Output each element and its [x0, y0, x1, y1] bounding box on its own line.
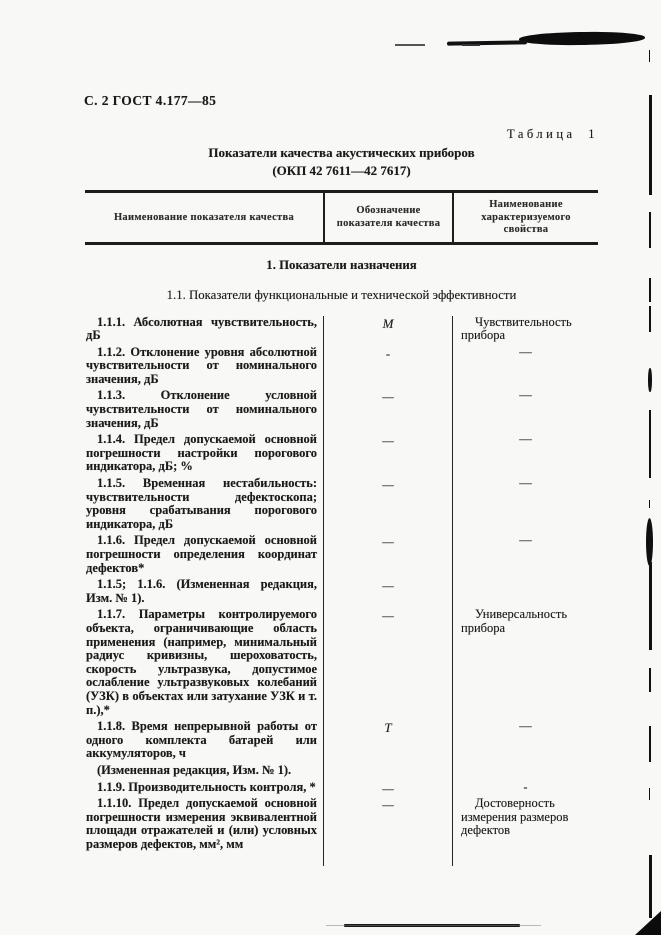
- property-cell: Достоверность измерения размеров дефекто…: [452, 797, 598, 854]
- symbol-cell: М: [323, 316, 452, 346]
- section-headings: 1. Показатели назначения 1.1. Показатели…: [85, 245, 598, 316]
- property-cell: —: [452, 433, 598, 477]
- property-cell: -: [452, 781, 598, 798]
- property-cell: Чувствительность прибора: [452, 316, 598, 346]
- table-header-row: Наименование показателя качества Обознач…: [85, 190, 598, 245]
- scan-edge-artifact: [649, 668, 651, 692]
- scan-edge-artifact: [649, 855, 652, 918]
- property-cell: —: [452, 346, 598, 390]
- indicator-name-cell: 1.1.3. Отклонение условной чувствительно…: [85, 389, 323, 433]
- ink-smudge: [519, 31, 645, 46]
- symbol-cell: [323, 764, 452, 781]
- scan-edge-artifact: [646, 518, 653, 566]
- indicator-name-cell: 1.1.9. Производительность контроля, *: [85, 781, 323, 798]
- table-body: 1.1.1. Абсолютная чувствительность, дБ М…: [85, 316, 598, 867]
- quality-indicators-table: Наименование показателя качества Обознач…: [85, 190, 598, 866]
- symbol-cell: —: [323, 608, 452, 720]
- property-cell: —: [452, 534, 598, 578]
- property-cell: —: [452, 720, 598, 764]
- property-cell: [452, 578, 598, 608]
- section-heading: 1. Показатели назначения: [85, 258, 598, 273]
- indicator-name-cell: 1.1.8. Время непрерывной работы от одног…: [85, 720, 323, 764]
- indicator-name-cell: (Измененная редакция, Изм. № 1).: [85, 764, 323, 781]
- title-line-2: (ОКП 42 7611—42 7617): [85, 162, 598, 180]
- indicator-name-cell: 1.1.1. Абсолютная чувствительность, дБ: [85, 316, 323, 346]
- column-header-property: Наименование характеризуемого свойства: [452, 193, 598, 242]
- scan-edge-artifact: [649, 500, 650, 508]
- symbol-cell: —: [323, 389, 452, 433]
- symbol-cell: —: [323, 433, 452, 477]
- symbol-cell: —: [323, 477, 452, 534]
- page-header: С. 2 ГОСТ 4.177—85: [84, 93, 216, 109]
- filler-cell: [323, 854, 452, 866]
- scan-edge-artifact: [649, 95, 652, 195]
- ink-smudge: [447, 40, 527, 45]
- indicator-name-cell: 1.1.5; 1.1.6. (Измененная редакция, Изм.…: [85, 578, 323, 608]
- scan-edge-artifact: [649, 50, 650, 62]
- indicator-name-cell: 1.1.4. Предел допускаемой основной погре…: [85, 433, 323, 477]
- table-number-label: Таблица 1: [507, 127, 598, 142]
- property-cell: —: [452, 389, 598, 433]
- symbol-cell: —: [323, 797, 452, 854]
- column-header-designation: Обозначение показателя качества: [323, 193, 452, 242]
- indicator-name-cell: 1.1.6. Предел допускаемой основной погре…: [85, 534, 323, 578]
- indicator-name-cell: 1.1.7. Параметры контролируемого объекта…: [85, 608, 323, 720]
- scan-edge-artifact: [649, 562, 652, 650]
- scan-edge-artifact: [649, 410, 651, 478]
- column-header-indicator-name: Наименование показателя качества: [85, 193, 323, 242]
- property-cell: —: [452, 477, 598, 534]
- symbol-cell: —: [323, 781, 452, 798]
- indicator-name-cell: 1.1.5. Временная нестабильность: чувстви…: [85, 477, 323, 534]
- subsection-heading: 1.1. Показатели функциональные и техниче…: [85, 288, 598, 303]
- scan-corner-blot: [635, 911, 661, 935]
- scan-edge-artifact: [649, 278, 651, 302]
- scan-edge-artifact: [649, 726, 651, 762]
- property-cell: [452, 764, 598, 781]
- indicator-name-cell: 1.1.2. Отклонение уровня абсолютной чувс…: [85, 346, 323, 390]
- scan-edge-artifact: [648, 368, 652, 392]
- symbol-cell: -: [323, 346, 452, 390]
- filler-cell: [452, 854, 598, 866]
- property-cell: Универсальность прибора: [452, 608, 598, 720]
- indicator-name-cell: 1.1.10. Предел допускаемой основной погр…: [85, 797, 323, 854]
- scan-edge-artifact: [649, 212, 651, 248]
- symbol-cell: —: [323, 578, 452, 608]
- title-line-1: Показатели качества акустических приборо…: [85, 144, 598, 162]
- symbol-cell: —: [323, 534, 452, 578]
- symbol-cell: Т: [323, 720, 452, 764]
- ink-smudge: [462, 44, 480, 46]
- scan-edge-artifact: [649, 306, 651, 332]
- scanned-document-page: С. 2 ГОСТ 4.177—85 Таблица 1 Показатели …: [0, 0, 661, 935]
- scan-edge-artifact: [649, 788, 650, 800]
- document-title: Показатели качества акустических приборо…: [85, 144, 598, 180]
- bottom-smudge: [326, 925, 541, 926]
- filler-cell: [85, 854, 323, 866]
- ink-smudge: [395, 44, 425, 46]
